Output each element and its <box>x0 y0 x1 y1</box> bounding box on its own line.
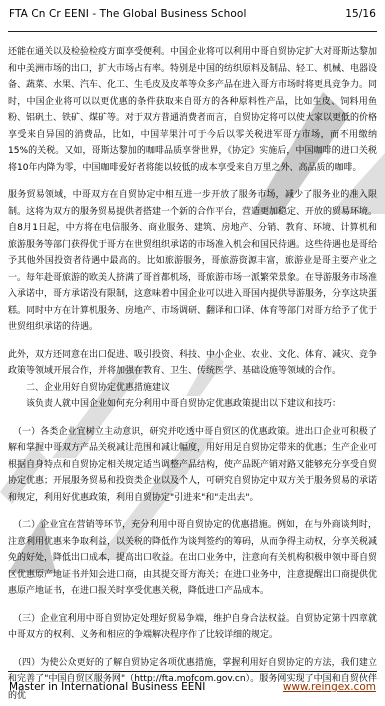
intro-line: 该负责人就中国企业如何充分利用中哥自贸协定优惠政策提出以下建议和技巧： <box>8 396 377 413</box>
numbered-item: （一）各类企业宜树立主动意识，研究并吃透中哥自贸区的优惠政策。进出口企业可积极了… <box>8 424 377 507</box>
document-page: FTA Cn Cr EENI - The Global Business Sch… <box>0 0 385 706</box>
body-paragraph: 还能在通关以及检验检疫方面享受便利。中国企业将可以利用中哥自贸协定扩大对哥斯达黎… <box>8 44 377 176</box>
page-number: 15/16 <box>345 8 376 20</box>
section-heading: 二、企业用好自贸协定优惠措施建议 <box>8 380 377 397</box>
numbered-item: （二）企业宜在营销等环节，充分利用中哥自贸协定的优惠措施。例如，在与外商谈判时，… <box>8 517 377 600</box>
footer-link[interactable]: www.reingex.com <box>283 681 376 693</box>
body-paragraph: 服务贸易领域，中哥双方在自贸协定中相互进一步开放了服务市场，减少了服务业的准入限… <box>8 187 377 336</box>
page-header: FTA Cn Cr EENI - The Global Business Sch… <box>0 0 385 31</box>
document-body: 还能在通关以及检验检疫方面享受便利。中国企业将可以利用中哥自贸协定扩大对哥斯达黎… <box>0 32 385 704</box>
page-footer: Master in International Business EENI ww… <box>0 671 385 706</box>
body-paragraph: 此外，双方还同意在出口促进、吸引投资、科技、中小企业、农业、文化、体育、减灾、竞… <box>8 347 377 380</box>
footer-text: Master in International Business EENI <box>9 681 205 693</box>
numbered-item: （三）企业宜利用中哥自贸协定处理好贸易争端，维护自身合法权益。自贸协定第十四章就… <box>8 611 377 644</box>
header-title: FTA Cn Cr EENI - The Global Business Sch… <box>9 8 246 20</box>
